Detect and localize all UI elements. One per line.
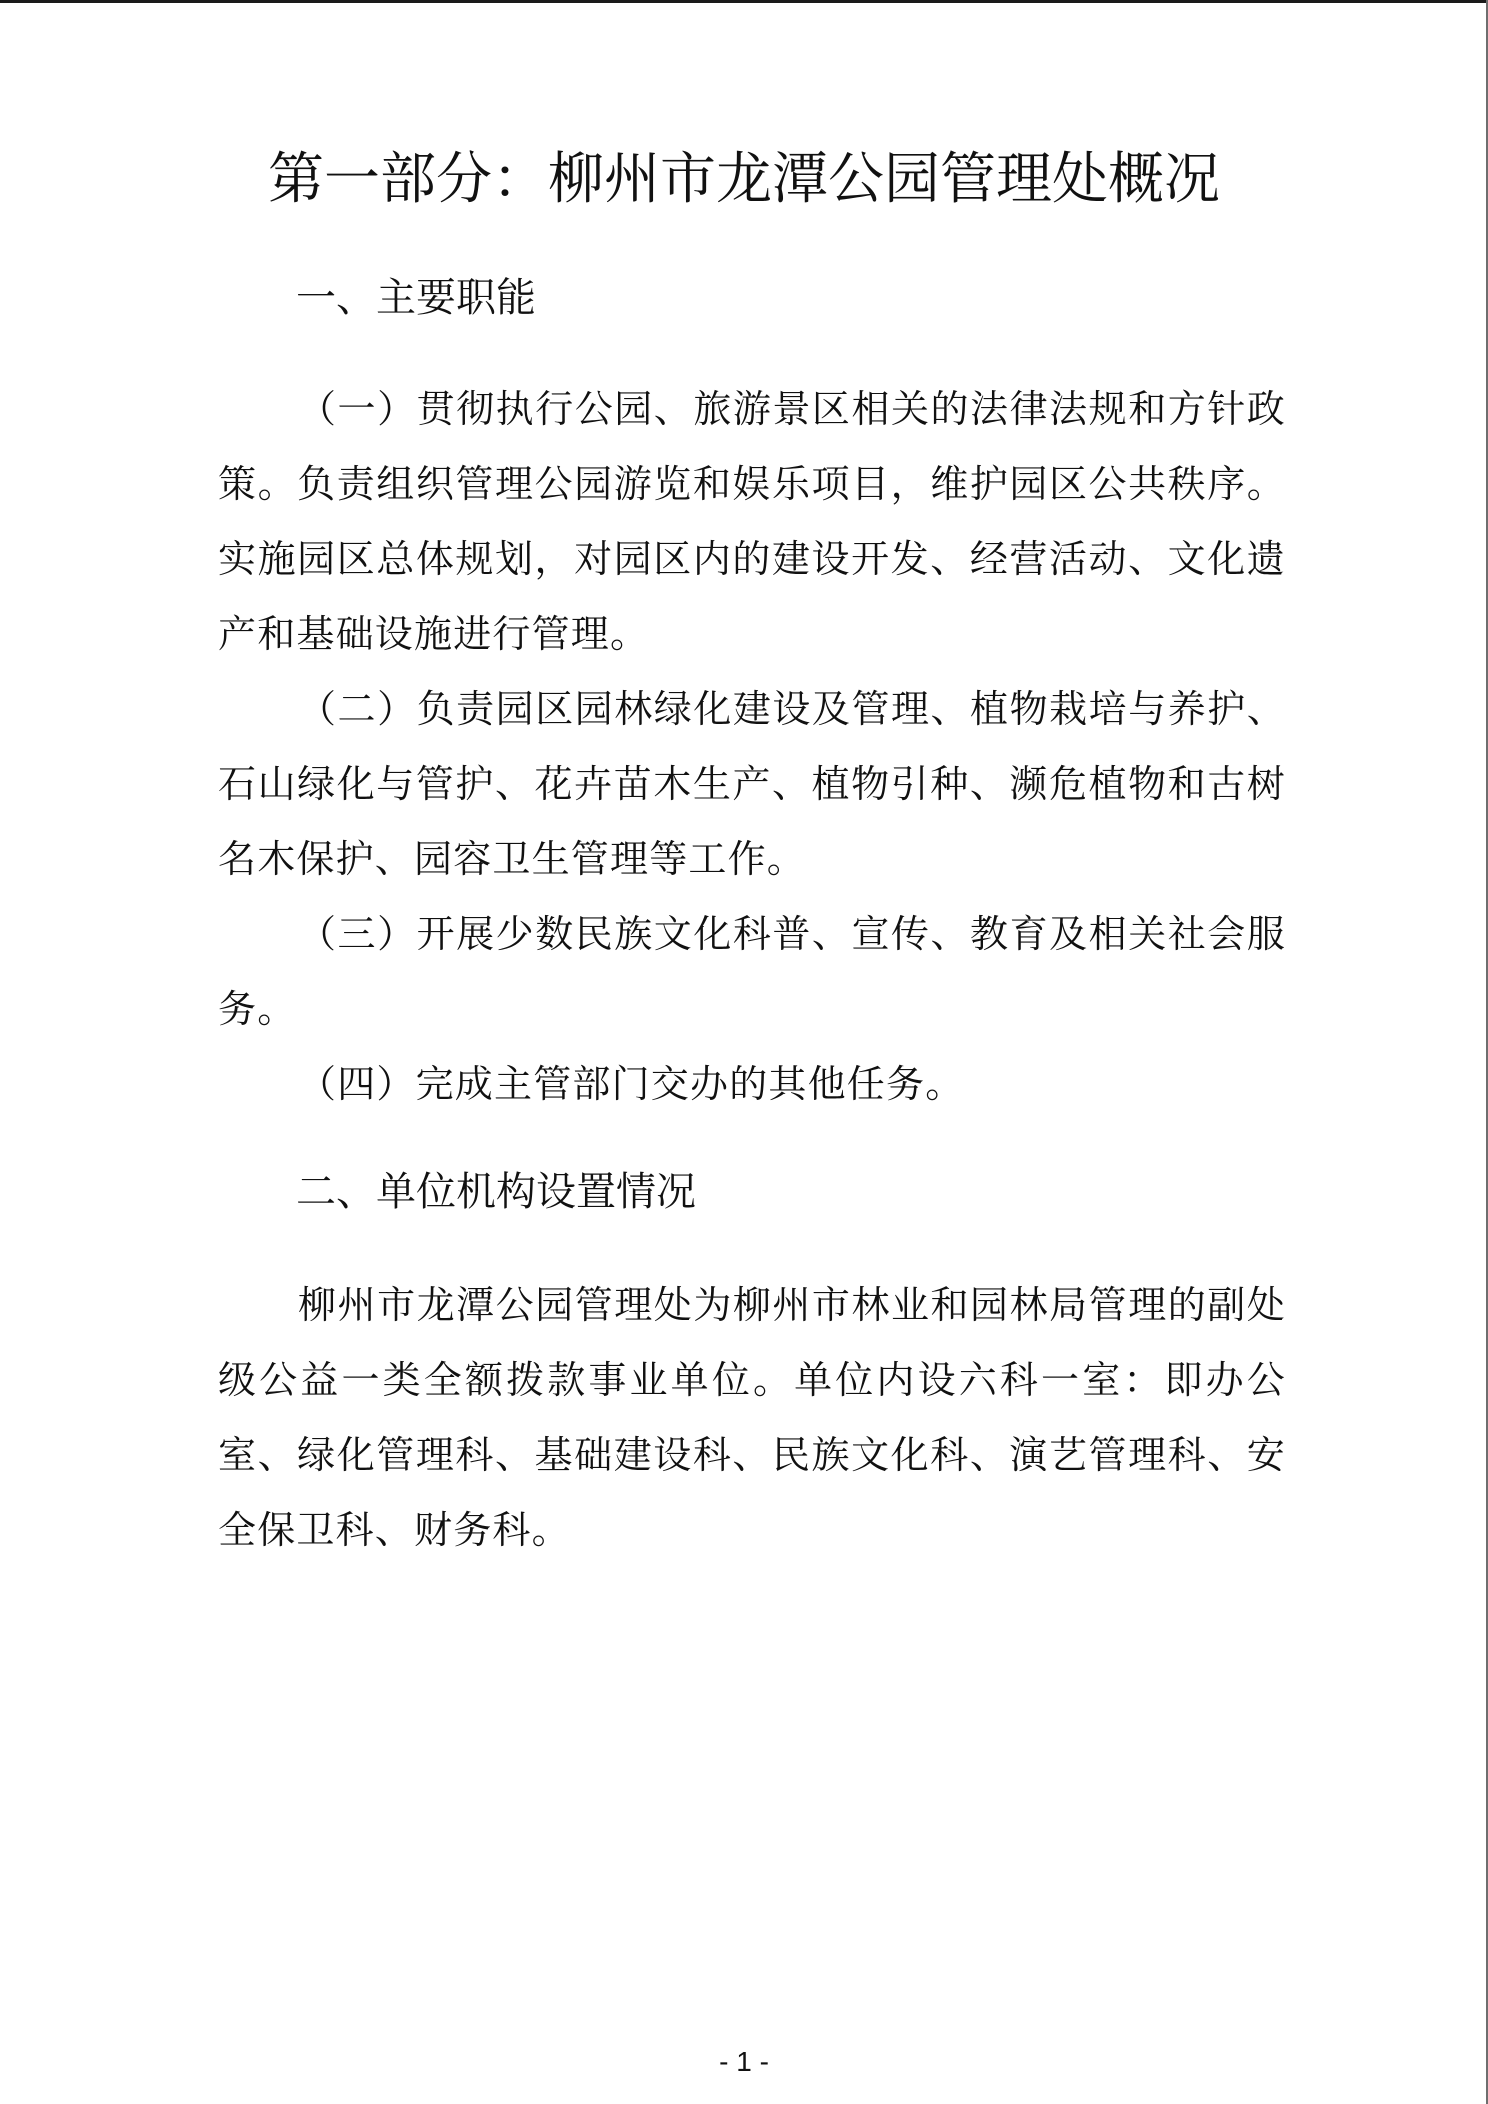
section-body-main-functions: （一）贯彻执行公园、旅游景区相关的法律法规和方针政策。负责组织管理公园游览和娱乐… — [218, 372, 1286, 1122]
section-heading-organization: 二、单位机构设置情况 — [296, 1164, 696, 1220]
document-page: 第一部分：柳州市龙潭公园管理处概况 一、主要职能 （一）贯彻执行公园、旅游景区相… — [0, 0, 1488, 2104]
paragraph-organization: 柳州市龙潭公园管理处为柳州市林业和园林局管理的副处级公益一类全额拨款事业单位。单… — [218, 1268, 1286, 1568]
section-heading-main-functions: 一、主要职能 — [296, 270, 536, 326]
page-number: - 1 - — [0, 2042, 1488, 2082]
section-body-organization: 柳州市龙潭公园管理处为柳州市林业和园林局管理的副处级公益一类全额拨款事业单位。单… — [218, 1268, 1286, 1568]
paragraph-function-3: （三）开展少数民族文化科普、宣传、教育及相关社会服务。 — [218, 897, 1286, 1047]
document-title: 第一部分：柳州市龙潭公园管理处概况 — [0, 140, 1488, 220]
paragraph-function-1: （一）贯彻执行公园、旅游景区相关的法律法规和方针政策。负责组织管理公园游览和娱乐… — [218, 372, 1286, 672]
paragraph-function-2: （二）负责园区园林绿化建设及管理、植物栽培与养护、石山绿化与管护、花卉苗木生产、… — [218, 672, 1286, 897]
paragraph-function-4: （四）完成主管部门交办的其他任务。 — [218, 1047, 1286, 1122]
